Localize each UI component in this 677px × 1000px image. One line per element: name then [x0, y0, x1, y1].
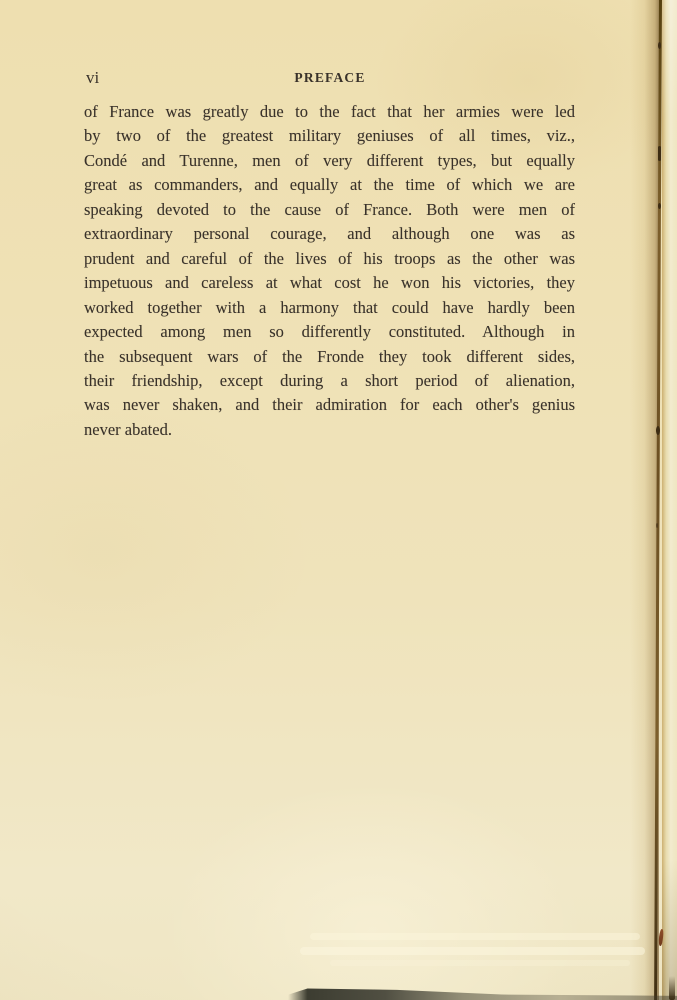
text-line: worked together with a harmony that coul… — [84, 296, 575, 320]
text-line: their friendship, except during a short … — [84, 369, 575, 393]
scan-light-streak — [330, 960, 630, 966]
text-line: of France was greatly due to the fact th… — [84, 100, 575, 124]
text-line: speaking devoted to the cause of France.… — [84, 198, 575, 222]
text-line: great as commanders, and equally at the … — [84, 173, 575, 197]
book-page: vi PREFACE of France was greatly due to … — [0, 0, 677, 1000]
text-line: was never shaken, and their admiration f… — [84, 393, 575, 417]
text-line: Condé and Turenne, men of very different… — [84, 149, 575, 173]
text-line: expected among men so differently consti… — [84, 320, 575, 344]
edge-ink-speck — [658, 203, 661, 209]
running-head-title: PREFACE — [85, 71, 575, 85]
edge-ink-speck — [656, 426, 660, 435]
edge-ink-speck — [658, 146, 661, 161]
bottom-right-edge-shadow — [669, 976, 675, 1000]
text-line: the subsequent wars of the Fronde they t… — [84, 345, 575, 369]
edge-ink-speck — [656, 523, 658, 528]
text-line: impetuous and careless at what cost he w… — [84, 271, 575, 295]
adjacent-page-edge — [662, 0, 677, 1000]
bottom-page-shadow — [288, 987, 677, 1000]
scan-light-streak — [300, 947, 645, 955]
text-line: by two of the greatest military geniuses… — [84, 124, 575, 148]
text-line: extraordinary personal courage, and alth… — [84, 222, 575, 246]
text-line: never abated. — [84, 418, 575, 442]
text-line: prudent and careful of the lives of his … — [84, 247, 575, 271]
scan-light-streak — [310, 933, 640, 940]
edge-ink-speck — [658, 42, 661, 49]
preface-paragraph: of France was greatly due to the fact th… — [84, 100, 575, 442]
